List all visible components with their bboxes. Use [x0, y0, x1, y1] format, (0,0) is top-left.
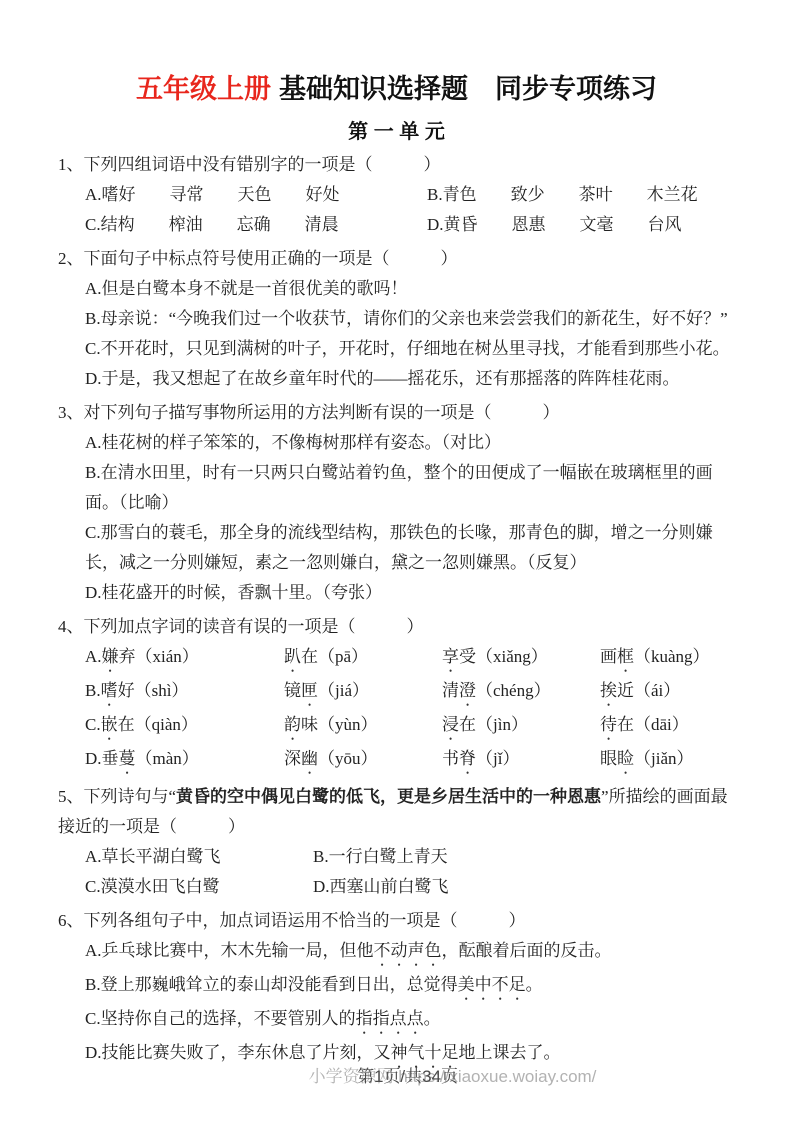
worksheet-page: 五年级上册基础知识选择题 同步专项练习 第 一 单 元 1、下列四组词语中没有错… — [0, 0, 793, 1122]
question-4-stem: 4、下列加点字词的读音有误的一项是（ ） — [58, 612, 735, 642]
question-1-option-c: C.结构 榨油 忘确 清晨 — [58, 210, 400, 240]
question-4-option-d-word-1: D.垂蔓（màn） — [58, 744, 284, 778]
question-4-option-b-word-1: B.嗜好（shì） — [58, 676, 284, 710]
question-6-option-a: A.乒乓球比赛中，木木先输一局，但他不动声色，酝酿着后面的反击。 — [58, 936, 735, 970]
section-title: 第 一 单 元 — [58, 118, 735, 146]
question-2-option-d: D.于是，我又想起了在故乡童年时代的——摇花乐，还有那摇落的阵阵桂花雨。 — [58, 364, 735, 394]
question-5-option-b: B.一行白鹭上青天 — [286, 842, 735, 872]
question-4-option-a-word-1: A.嫌弃（xián） — [58, 642, 284, 676]
question-3: 3、对下列句子描写事物所运用的方法判断有误的一项是（ ） A.桂花树的样子笨笨的… — [58, 398, 735, 608]
question-4-option-a-word-2: 趴在（pā） — [284, 642, 442, 676]
question-4-option-c-word-2: 韵味（yùn） — [284, 710, 442, 744]
question-3-option-c: C.那雪白的蓑毛，那全身的流线型结构，那铁色的长喙，那青色的脚，增之一分则嫌长，… — [58, 518, 735, 578]
question-5-option-a: A.草长平湖白鹭飞 — [58, 842, 286, 872]
worksheet-content: 五年级上册基础知识选择题 同步专项练习 第 一 单 元 1、下列四组词语中没有错… — [0, 0, 793, 1072]
question-4-option-b-word-3: 清澄（chéng） — [442, 676, 600, 710]
question-2-stem: 2、下面句子中标点符号使用正确的一项是（ ） — [58, 244, 735, 274]
question-6: 6、下列各组句子中，加点词语运用不恰当的一项是（ ） A.乒乓球比赛中，木木先输… — [58, 906, 735, 1072]
page-footer: 小学资源网 https://xiaoxue.woiay.com/ 第1页/共34… — [0, 1064, 793, 1090]
question-4-option-b-word-2: 镜匣（jiá） — [284, 676, 442, 710]
question-6-stem: 6、下列各组句子中，加点词语运用不恰当的一项是（ ） — [58, 906, 735, 936]
question-3-stem: 3、对下列句子描写事物所运用的方法判断有误的一项是（ ） — [58, 398, 735, 428]
document-title-grade: 五年级上册 — [136, 74, 271, 104]
question-4-row-c: C.嵌在（qiàn） 韵味（yùn） 浸在（jìn） 待在（dāi） — [58, 710, 735, 744]
question-1-options: A.嗜好 寻常 天色 好处 B.青色 致少 茶叶 木兰花 C.结构 榨油 忘确 … — [58, 180, 735, 240]
question-4: 4、下列加点字词的读音有误的一项是（ ） A.嫌弃（xián） 趴在（pā） 享… — [58, 612, 735, 778]
question-5-option-c: C.漠漠水田飞白鹭 — [58, 872, 286, 902]
question-1-stem: 1、下列四组词语中没有错别字的一项是（ ） — [58, 150, 735, 180]
question-4-option-d-word-2: 深幽（yōu） — [284, 744, 442, 778]
question-4-option-d-word-4: 眼睑（jiǎn） — [600, 744, 735, 778]
question-4-option-b-word-4: 挨近（ái） — [600, 676, 735, 710]
question-3-option-a: A.桂花树的样子笨笨的，不像梅树那样有姿态。（对比） — [58, 428, 735, 458]
question-2: 2、下面句子中标点符号使用正确的一项是（ ） A.但是白鹭本身不就是一首很优美的… — [58, 244, 735, 394]
question-6-option-c: C.坚持你自己的选择，不要管别人的指指点点。 — [58, 1004, 735, 1038]
question-4-option-a-word-4: 画框（kuàng） — [600, 642, 735, 676]
question-2-option-a: A.但是白鹭本身不就是一首很优美的歌吗！ — [58, 274, 735, 304]
question-5-options: A.草长平湖白鹭飞 B.一行白鹭上青天 C.漠漠水田飞白鹭 D.西塞山前白鹭飞 — [58, 842, 735, 902]
question-4-option-d-word-3: 书脊（jǐ） — [442, 744, 600, 778]
question-4-option-c-word-3: 浸在（jìn） — [442, 710, 600, 744]
question-6-option-b: B.登上那巍峨耸立的泰山却没能看到日出，总觉得美中不足。 — [58, 970, 735, 1004]
question-4-option-c-word-1: C.嵌在（qiàn） — [58, 710, 284, 744]
question-2-option-c: C.不开花时，只见到满树的叶子，开花时，仔细地在树丛里寻找，才能看到那些小花。 — [58, 334, 735, 364]
question-5: 5、下列诗句与“黄昏的空中偶见白鹭的低飞，更是乡居生活中的一种恩惠”所描绘的画面… — [58, 782, 735, 902]
question-4-row-a: A.嫌弃（xián） 趴在（pā） 享受（xiǎng） 画框（kuàng） — [58, 642, 735, 676]
document-title-main: 基础知识选择题 同步专项练习 — [279, 74, 657, 104]
document-title: 五年级上册基础知识选择题 同步专项练习 — [58, 72, 735, 106]
question-4-option-c-word-4: 待在（dāi） — [600, 710, 735, 744]
question-1-option-a: A.嗜好 寻常 天色 好处 — [58, 180, 400, 210]
question-5-stem: 5、下列诗句与“黄昏的空中偶见白鹭的低飞，更是乡居生活中的一种恩惠”所描绘的画面… — [58, 782, 735, 842]
question-3-option-b: B.在清水田里，时有一只两只白鹭站着钓鱼，整个的田便成了一幅嵌在玻璃框里的画面。… — [58, 458, 735, 518]
question-1-option-d: D.黄昏 恩惠 文毫 台风 — [400, 210, 735, 240]
question-4-row-b: B.嗜好（shì） 镜匣（jiá） 清澄（chéng） 挨近（ái） — [58, 676, 735, 710]
page-indicator: 第1页/共34页 — [357, 1064, 458, 1090]
question-1: 1、下列四组词语中没有错别字的一项是（ ） A.嗜好 寻常 天色 好处 B.青色… — [58, 150, 735, 240]
question-4-option-a-word-3: 享受（xiǎng） — [442, 642, 600, 676]
question-2-option-b: B.母亲说：“今晚我们过一个收获节，请你们的父亲也来尝尝我们的新花生，好不好？” — [58, 304, 735, 334]
question-4-row-d: D.垂蔓（màn） 深幽（yōu） 书脊（jǐ） 眼睑（jiǎn） — [58, 744, 735, 778]
question-5-option-d: D.西塞山前白鹭飞 — [286, 872, 735, 902]
question-1-option-b: B.青色 致少 茶叶 木兰花 — [400, 180, 735, 210]
question-3-option-d: D.桂花盛开的时候，香飘十里。（夸张） — [58, 578, 735, 608]
